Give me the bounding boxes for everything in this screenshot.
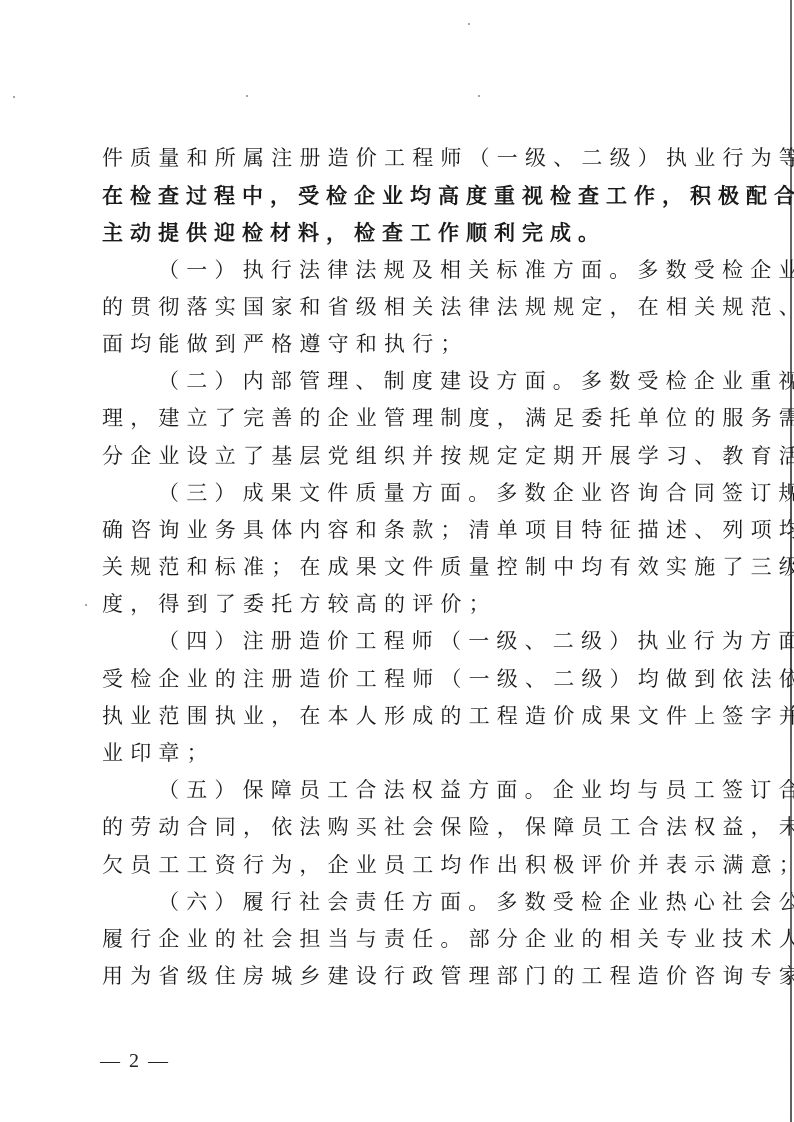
text-line: 主动提供迎检材料，检查工作顺利完成。	[102, 214, 702, 251]
text-line: 度，得到了委托方较高的评价；	[102, 586, 702, 623]
text-line: 执业范围执业，在本人形成的工程造价成果文件上签字并加盖执	[102, 698, 702, 735]
paragraph-section-6: （六）履行社会责任方面。多数受检企业热心社会公益事业，履行企业的社会担当与责任。…	[102, 884, 702, 996]
text-line: 受检企业的注册造价工程师（一级、二级）均做到依法依规按照	[102, 661, 702, 698]
text-line: （三）成果文件质量方面。多数企业咨询合同签订规范，明	[102, 475, 702, 512]
text-line: （六）履行社会责任方面。多数受检企业热心社会公益事业，	[102, 884, 702, 921]
text-line: 关规范和标准；在成果文件质量控制中均有效实施了三级复核制	[102, 549, 702, 586]
scan-speck	[13, 96, 15, 98]
text-line: 分企业设立了基层党组织并按规定定期开展学习、教育活动；	[102, 438, 702, 475]
text-line: （四）注册造价工程师（一级、二级）执业行为方面。多数	[102, 623, 702, 660]
text-line: 业印章；	[102, 735, 702, 772]
text-line: （二）内部管理、制度建设方面。多数受检企业重视内部管	[102, 363, 702, 400]
text-line: 件质量和所属注册造价工程师（一级、二级）执业行为等情况。	[102, 140, 702, 177]
paragraph-section-3: （三）成果文件质量方面。多数企业咨询合同签订规范，明确咨询业务具体内容和条款；清…	[102, 475, 702, 624]
scan-speck	[478, 95, 480, 97]
document-body: 件质量和所属注册造价工程师（一级、二级）执业行为等情况。在检查过程中，受检企业均…	[102, 140, 702, 995]
text-line: 在检查过程中，受检企业均高度重视检查工作，积极配合检查，	[102, 177, 702, 214]
text-line: 面均能做到严格遵守和执行；	[102, 326, 702, 363]
paragraph-section-1: （一）执行法律法规及相关标准方面。多数受检企业均较好的贯彻落实国家和省级相关法律…	[102, 252, 702, 364]
text-line: 理，建立了完善的企业管理制度，满足委托单位的服务需求。部	[102, 400, 702, 437]
paragraph-section-5: （五）保障员工合法权益方面。企业均与员工签订合法有效的劳动合同，依法购买社会保险…	[102, 772, 702, 884]
document-page: 件质量和所属注册造价工程师（一级、二级）执业行为等情况。在检查过程中，受检企业均…	[0, 0, 794, 1122]
text-line: 的劳动合同，依法购买社会保险，保障员工合法权益，未发现拖	[102, 809, 702, 846]
page-number: — 2 —	[100, 1050, 170, 1073]
scan-speck	[85, 604, 87, 606]
text-line: 用为省级住房城乡建设行政管理部门的工程造价咨询专家，在政	[102, 958, 702, 995]
scan-speck	[468, 23, 470, 25]
text-line: 的贯彻落实国家和省级相关法律法规规定，在相关规范、标准方	[102, 289, 702, 326]
text-line: 确咨询业务具体内容和条款；清单项目特征描述、列项均符合相	[102, 512, 702, 549]
scan-speck	[246, 95, 248, 97]
text-line: （五）保障员工合法权益方面。企业均与员工签订合法有效	[102, 772, 702, 809]
paragraph-intro: 件质量和所属注册造价工程师（一级、二级）执业行为等情况。在检查过程中，受检企业均…	[102, 140, 702, 252]
paragraph-section-4: （四）注册造价工程师（一级、二级）执业行为方面。多数受检企业的注册造价工程师（一…	[102, 623, 702, 772]
text-line: 欠员工工资行为，企业员工均作出积极评价并表示满意；	[102, 847, 702, 884]
text-line: 履行企业的社会担当与责任。部分企业的相关专业技术人员被聘	[102, 921, 702, 958]
text-line: （一）执行法律法规及相关标准方面。多数受检企业均较好	[102, 252, 702, 289]
paragraph-section-2: （二）内部管理、制度建设方面。多数受检企业重视内部管理，建立了完善的企业管理制度…	[102, 363, 702, 475]
